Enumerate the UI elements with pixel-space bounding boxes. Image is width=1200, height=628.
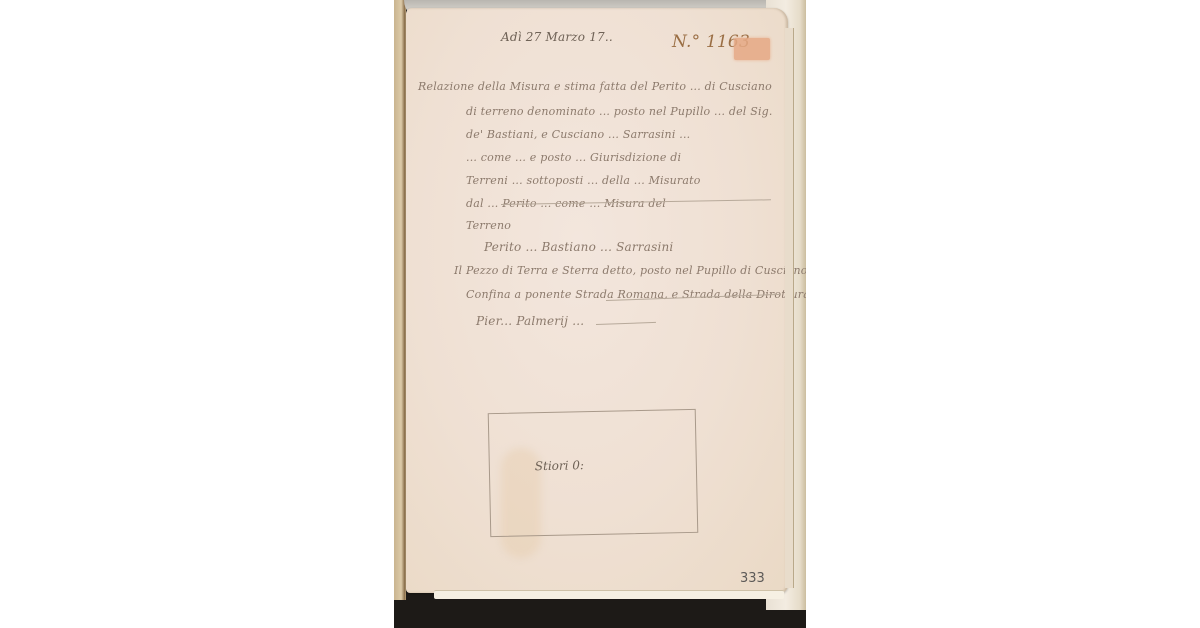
ruled-line <box>596 322 656 325</box>
land-plot-sketch: Stiori 0: <box>488 409 699 537</box>
body-line: Terreni ... sottoposti ... della ... Mis… <box>466 174 701 187</box>
body-line: di terreno denominato ... posto nel Pupi… <box>466 105 773 118</box>
sketch-label: Stiori 0: <box>535 458 584 473</box>
section-title: Perito ... Bastiano ... Sarrasini <box>484 240 673 254</box>
manuscript-scan: Adì 27 Marzo 17.. N.° 1163 Relazione del… <box>394 0 806 628</box>
body-line: de' Bastiani, e Cusciano ... Sarrasini .… <box>466 128 690 141</box>
body-line: Terreno <box>466 219 511 232</box>
page-bottom-edge <box>434 590 784 599</box>
section-line: Il Pezzo di Terra e Sterra detto, posto … <box>454 264 806 277</box>
page-number: 333 <box>740 571 765 586</box>
body-line: Relazione della Misura e stima fatta del… <box>418 80 772 93</box>
body-line: ... come ... e posto ... Giurisdizione d… <box>466 151 681 164</box>
manuscript-page: Adì 27 Marzo 17.. N.° 1163 Relazione del… <box>406 8 788 593</box>
section-line: Pier... Palmerij ... <box>476 314 584 328</box>
archive-stamp <box>734 38 770 60</box>
book-binding <box>394 0 406 600</box>
heading-date: Adì 27 Marzo 17.. <box>501 30 613 44</box>
